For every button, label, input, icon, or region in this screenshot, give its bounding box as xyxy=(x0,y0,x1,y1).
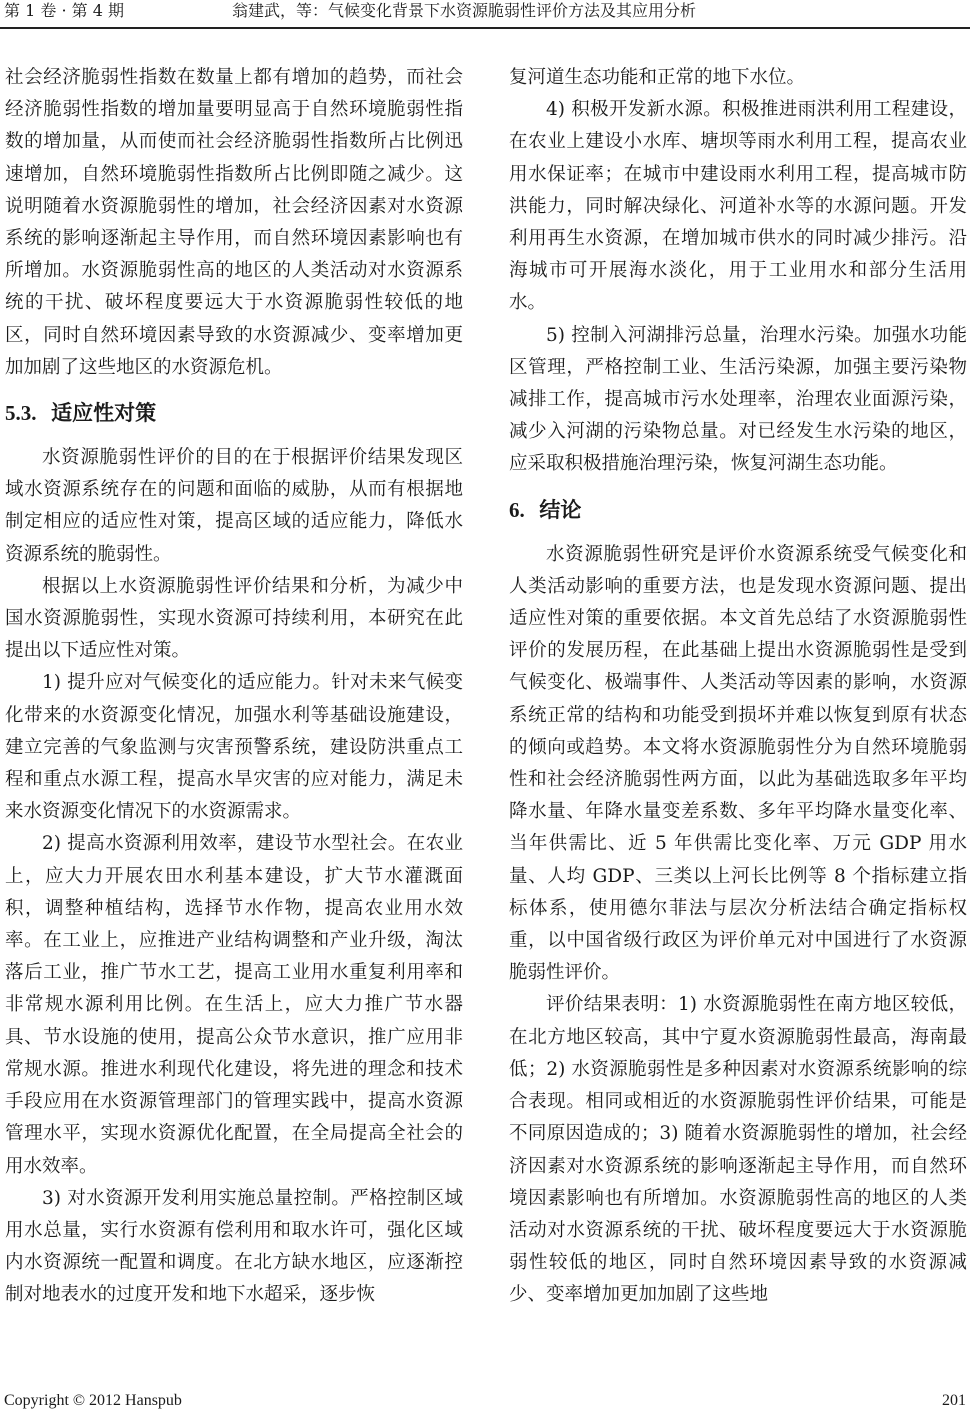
list-item-3: 3) 对水资源开发利用实施总量控制。严格控制区域用水总量，实行水资源有偿利用和取… xyxy=(5,1183,463,1312)
running-header: 第 1 卷 · 第 4 期 翁建武，等：气候变化背景下水资源脆弱性评价方法及其应… xyxy=(0,0,970,29)
copyright-notice: Copyright © 2012 Hanspub xyxy=(4,1392,182,1410)
paragraph: 评价结果表明：1) 水资源脆弱性在南方地区较低，在北方地区较高，其中宁夏水资源脆… xyxy=(509,989,967,1311)
section-number: 6. xyxy=(509,498,525,522)
page-number: 201 xyxy=(942,1392,966,1410)
section-heading-6: 6. 结论 xyxy=(509,495,967,525)
section-title: 适应性对策 xyxy=(51,401,156,425)
running-title: 翁建武，等：气候变化背景下水资源脆弱性评价方法及其应用分析 xyxy=(232,0,696,22)
volume-issue: 第 1 卷 · 第 4 期 xyxy=(4,0,124,22)
list-item-2: 2) 提高水资源利用效率，建设节水型社会。在农业上，应大力开展农田水利基本建设，… xyxy=(5,828,463,1182)
list-item-5: 5) 控制入河湖排污总量，治理水污染。加强水功能区管理，严格控制工业、生活污染源… xyxy=(509,320,967,481)
right-column: 复河道生态功能和正常的地下水位。 4) 积极开发新水源。积极推进雨洪利用工程建设… xyxy=(509,62,967,1312)
paragraph: 社会经济脆弱性指数在数量上都有增加的趋势，而社会经济脆弱性指数的增加量要明显高于… xyxy=(5,62,463,384)
left-column: 社会经济脆弱性指数在数量上都有增加的趋势，而社会经济脆弱性指数的增加量要明显高于… xyxy=(5,62,463,1312)
paragraph: 水资源脆弱性研究是评价水资源系统受气候变化和人类活动影响的重要方法，也是发现水资… xyxy=(509,539,967,990)
list-item-1: 1) 提升应对气候变化的适应能力。针对未来气候变化带来的水资源变化情况，加强水利… xyxy=(5,667,463,828)
section-number: 5.3. xyxy=(5,401,37,425)
list-item-4: 4) 积极开发新水源。积极推进雨洪利用工程建设，在农业上建设小水库、塘坝等雨水利… xyxy=(509,94,967,319)
paragraph: 根据以上水资源脆弱性评价结果和分析，为减少中国水资源脆弱性，实现水资源可持续利用… xyxy=(5,571,463,668)
paragraph: 水资源脆弱性评价的目的在于根据评价结果发现区域水资源系统存在的问题和面临的威胁，… xyxy=(5,442,463,571)
section-heading-5-3: 5.3. 适应性对策 xyxy=(5,398,463,428)
section-title: 结论 xyxy=(539,498,581,522)
paragraph: 复河道生态功能和正常的地下水位。 xyxy=(509,62,967,94)
